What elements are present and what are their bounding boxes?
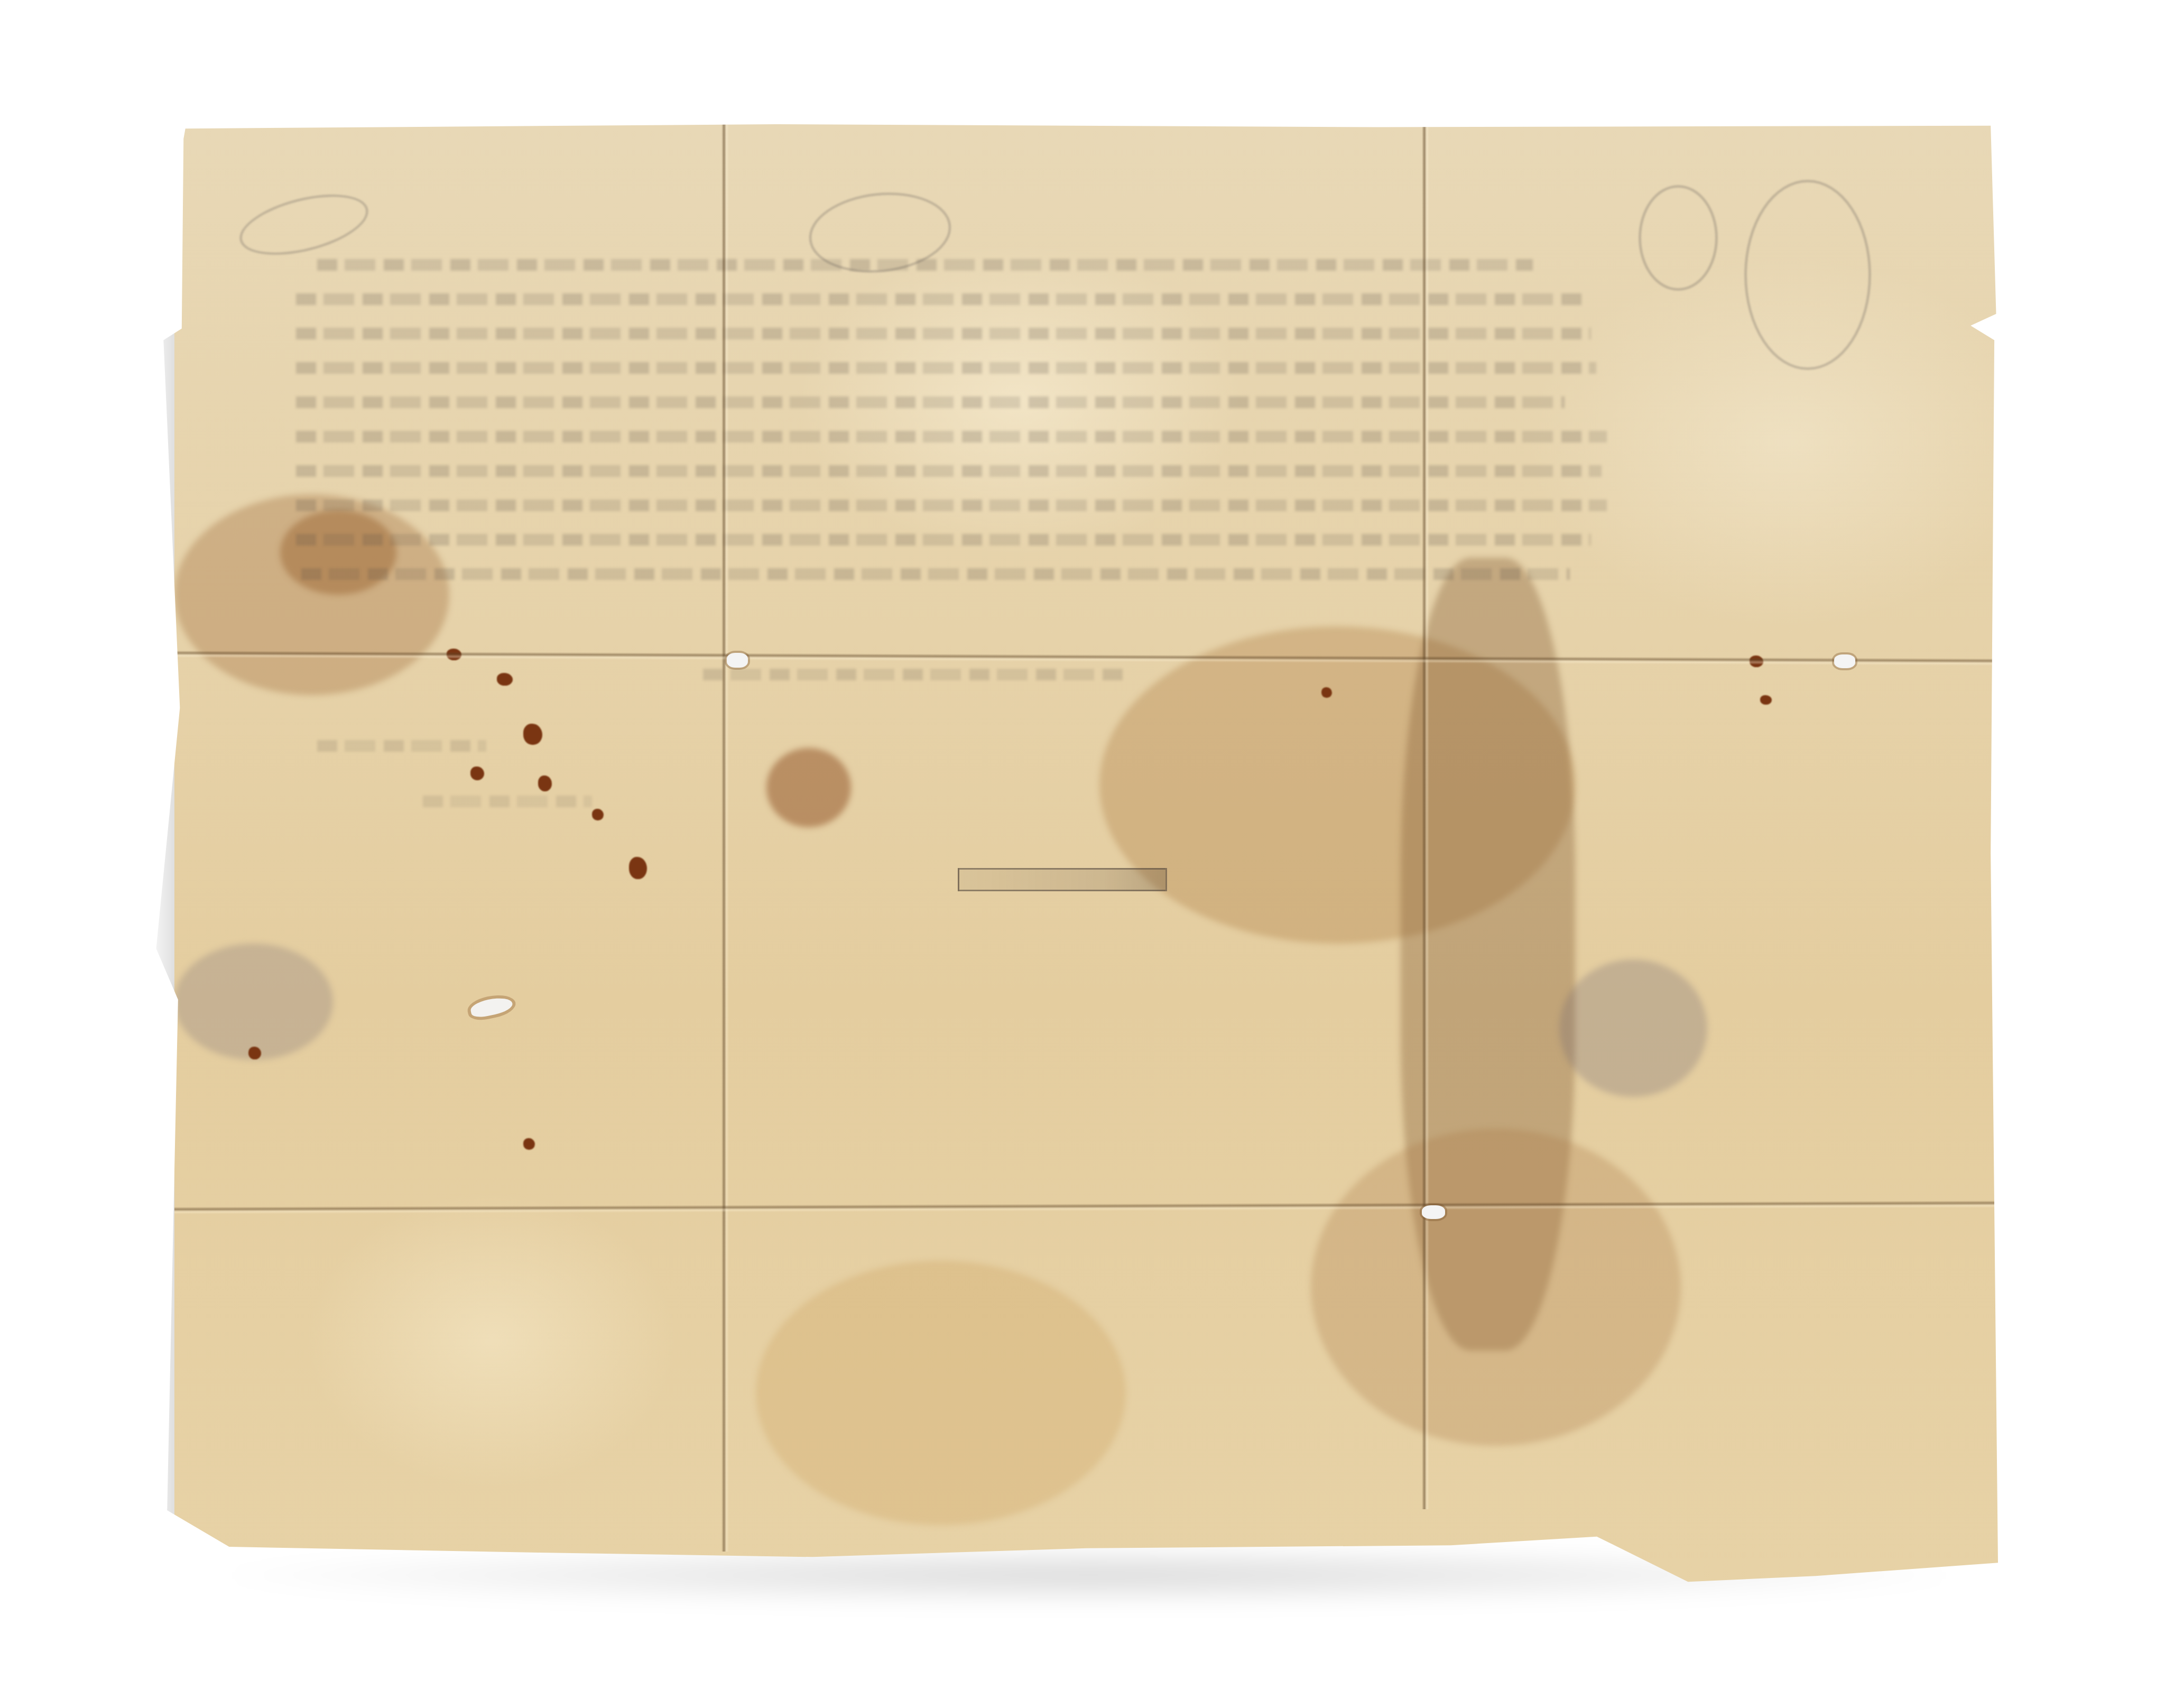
ghost-line xyxy=(296,534,1591,546)
ghost-line xyxy=(317,740,486,752)
stain-bottom-right xyxy=(1311,1129,1681,1446)
ghost-line xyxy=(296,293,1586,305)
stain-left-grey xyxy=(174,944,333,1060)
spot-12 xyxy=(1760,695,1772,705)
fold-line-vertical-left xyxy=(721,124,729,1552)
ghost-initial-right xyxy=(1744,180,1871,370)
ghost-line xyxy=(301,568,1570,580)
stain-bottom-middle xyxy=(756,1261,1126,1525)
seal-hole xyxy=(469,995,514,1019)
ghost-line xyxy=(296,500,1607,511)
spot-4 xyxy=(470,767,484,780)
spot-6 xyxy=(592,809,604,820)
photo-stage xyxy=(0,0,2165,1708)
fold-line-horizontal-bottom xyxy=(174,1201,1998,1214)
spot-8 xyxy=(248,1047,261,1059)
spot-2 xyxy=(497,673,513,686)
tear-fold-intersection-top xyxy=(727,653,748,668)
ghost-line xyxy=(296,328,1591,339)
stain-right-grey xyxy=(1559,959,1707,1097)
fold-line-vertical-right xyxy=(1422,124,1429,1509)
tear-fold-intersection-bottom xyxy=(1422,1205,1445,1219)
ghost-initial-right-inner xyxy=(1639,185,1718,291)
ghost-line xyxy=(296,431,1607,442)
ghost-line xyxy=(296,396,1565,408)
spot-5 xyxy=(538,775,552,791)
spot-7 xyxy=(629,857,647,879)
spot-3 xyxy=(523,724,542,745)
pencil-rectangle-mark xyxy=(958,868,1167,891)
fold-line-horizontal-top xyxy=(174,650,1998,666)
ghost-line xyxy=(296,362,1596,374)
spot-10 xyxy=(1321,687,1332,698)
ghost-line xyxy=(423,796,592,807)
parchment-sheet xyxy=(174,124,1998,1583)
stain-center-blob xyxy=(766,748,851,827)
ghost-line xyxy=(317,259,1533,271)
tear-fold-intersection-right xyxy=(1834,654,1855,668)
stain-top-left-2 xyxy=(280,510,396,595)
spot-9 xyxy=(523,1138,535,1150)
ghost-line xyxy=(703,669,1126,680)
ghost-line xyxy=(296,465,1602,477)
ghost-flourish-left xyxy=(234,183,375,266)
